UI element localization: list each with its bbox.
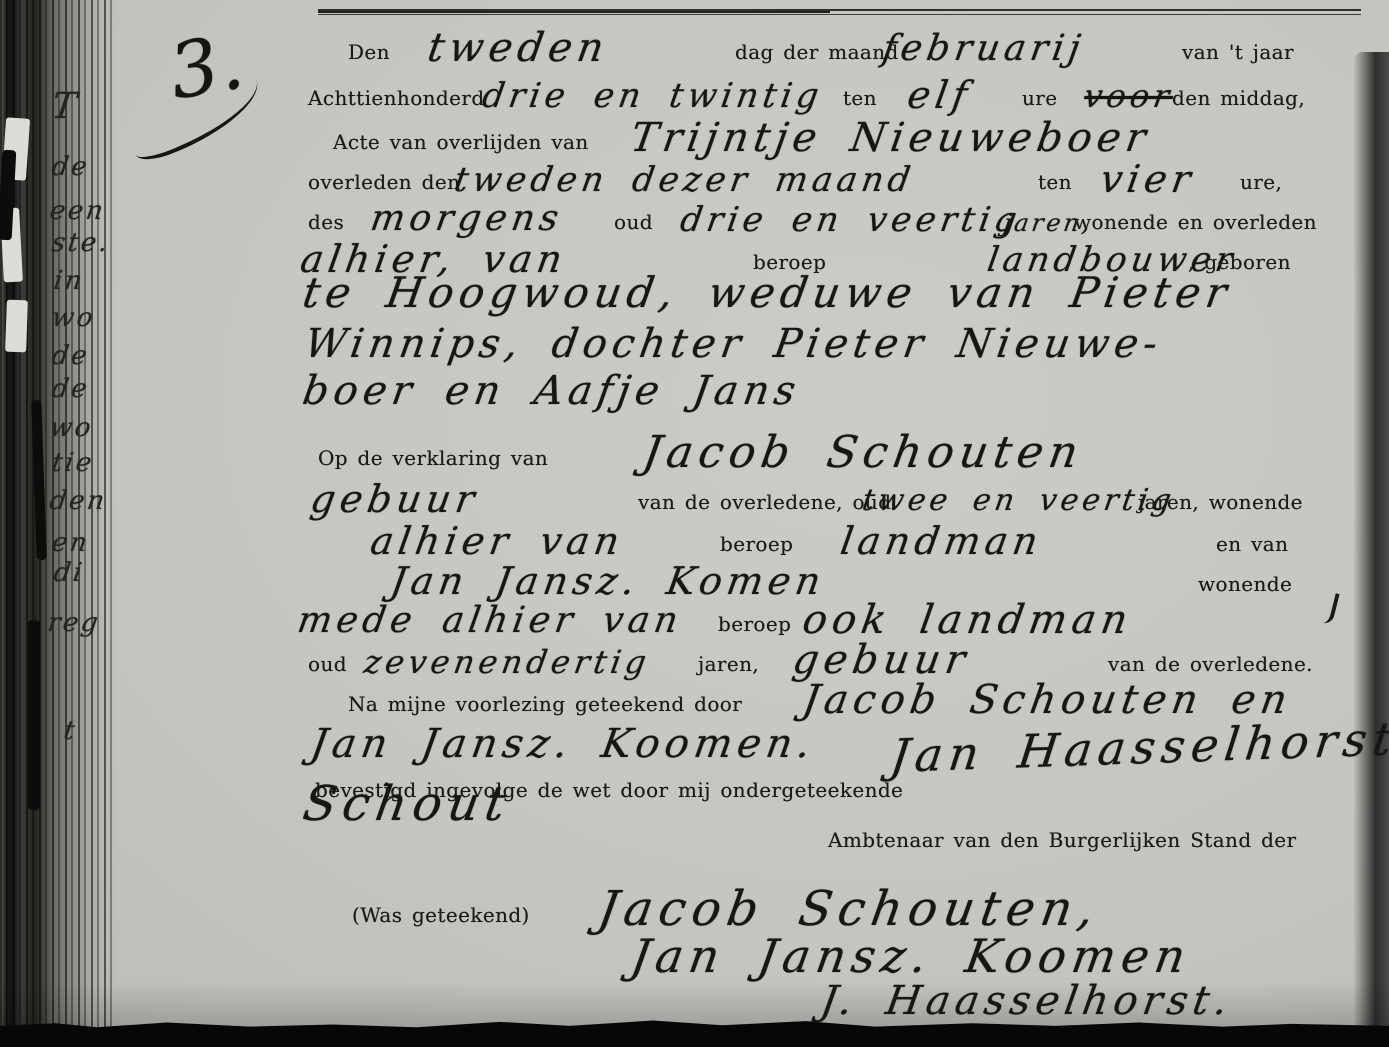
- printed-form-text: oud: [614, 212, 653, 232]
- registrar-signature: Jan Haasselhorst,: [888, 715, 1389, 779]
- handwritten-entry: ook landman: [800, 600, 1135, 640]
- handwritten-entry: februarij: [880, 31, 1087, 67]
- handwritten-entry: vier: [1098, 160, 1198, 198]
- printed-form-text: overleden den: [308, 172, 460, 192]
- handwritten-entry: drie en twintig: [480, 79, 825, 113]
- handwritten-entry: tweden dezer maand: [452, 163, 917, 197]
- printed-form-text: en van: [1216, 534, 1288, 554]
- handwritten-entry: landman: [838, 522, 1045, 560]
- binding-ink-blot: [28, 620, 40, 810]
- torn-paper-patch: [5, 300, 28, 353]
- handwritten-entry: twee en veertig: [860, 486, 1177, 516]
- margin-text-fragment: reg: [46, 608, 102, 638]
- margin-text-fragment: tie: [50, 448, 96, 478]
- top-rule-accent: [318, 11, 830, 13]
- printed-form-text: Ambtenaar van den Burgerlijken Stand der: [828, 830, 1297, 850]
- handwritten-entry: Schout: [300, 780, 515, 828]
- printed-form-text: den middag,: [1172, 88, 1305, 108]
- printed-form-text: Achttienhonderd: [308, 88, 485, 108]
- printed-form-text: jaren,: [698, 654, 759, 674]
- printed-form-text: wonende: [1198, 574, 1292, 594]
- margin-text-fragment: een: [48, 196, 108, 226]
- handwritten-entry: mede alhier van: [295, 603, 685, 639]
- margin-text-fragment: de: [50, 374, 91, 404]
- printed-form-text: jaren, wonende: [1138, 492, 1303, 512]
- handwritten-entry: alhier van: [368, 522, 627, 560]
- printed-form-text: ure,: [1240, 172, 1282, 192]
- margin-text-fragment: de: [50, 341, 91, 371]
- printed-form-text: Acte van overlijden van: [333, 132, 589, 152]
- handwritten-entry: boer en Aafje Jans: [300, 371, 803, 411]
- top-rule-lower: [318, 14, 1361, 15]
- printed-form-text: beroep: [720, 534, 793, 554]
- printed-form-text: ten: [843, 88, 877, 108]
- stray-ink-mark: [1318, 591, 1339, 625]
- handwritten-entry: elf: [905, 76, 975, 114]
- declarant-name: Jacob Schouten: [640, 431, 1087, 475]
- margin-text-fragment: T: [49, 86, 82, 127]
- printed-form-text: van de overledene.: [1108, 654, 1313, 674]
- page-edge-shadow: [1353, 52, 1389, 1047]
- printed-form-text: Den: [348, 42, 390, 62]
- printed-form-text: beroep: [718, 614, 791, 634]
- margin-text-fragment: de: [50, 152, 91, 182]
- handwritten-entry: te Hoogwoud, weduwe van Pieter: [300, 272, 1235, 314]
- signature-j-haasselhorst: J. Haasselhorst.: [818, 981, 1235, 1021]
- handwritten-entry: Winnips, dochter Pieter Nieuwe-: [302, 324, 1165, 364]
- printed-form-text: van de overledene, oud: [638, 492, 891, 512]
- handwritten-entry: drie en veertig: [678, 203, 1023, 237]
- printed-form-text: oud: [308, 654, 347, 674]
- handwritten-entry: tweden: [425, 28, 612, 68]
- handwritten-entry: zevenendertig: [362, 646, 652, 678]
- printed-form-text: Op de verklaring van: [318, 448, 548, 468]
- handwritten-entry: gebuur: [790, 640, 973, 680]
- handwritten-entry: gebuur: [308, 480, 482, 518]
- binding-ink-blot: [31, 400, 47, 560]
- printed-form-text: (Was geteekend): [352, 905, 530, 925]
- margin-text-fragment: in: [52, 266, 86, 296]
- printed-form-text: ten: [1038, 172, 1072, 192]
- handwritten-entry: voor: [1082, 80, 1176, 112]
- printed-form-text: Na mijne voorlezing geteekend door: [348, 694, 742, 714]
- printed-form-text: des: [308, 212, 344, 232]
- signature-jan-jansz-koomen: Jan Jansz. Koomen: [628, 933, 1194, 979]
- margin-text-fragment: wo: [50, 303, 97, 333]
- margin-text-fragment: en: [50, 528, 92, 558]
- scanned-death-record-page: 3. Dentwedendag der maandfebruarijvan 't…: [0, 0, 1389, 1047]
- margin-text-fragment: di: [52, 558, 86, 588]
- handwritten-entry: Jacob Schouten en: [800, 680, 1295, 720]
- signature-jacob-schouten: Jacob Schouten,: [595, 885, 1104, 933]
- deceased-name: Trijntje Nieuweboer: [628, 118, 1154, 158]
- printed-form-text: ure: [1022, 88, 1057, 108]
- printed-form-text: dag der maand: [735, 42, 899, 62]
- margin-text-fragment: ste.: [50, 228, 112, 258]
- handwritten-entry: morgens: [368, 201, 565, 237]
- handwritten-entry: Jan Jansz. Koomen.: [308, 724, 818, 764]
- printed-form-text: wonende en overleden: [1074, 212, 1317, 232]
- second-declarant-name: Jan Jansz. Komen: [388, 562, 828, 600]
- printed-form-text: van 't jaar: [1182, 42, 1294, 62]
- margin-text-fragment: wo: [48, 413, 95, 443]
- margin-text-fragment: den: [48, 486, 109, 516]
